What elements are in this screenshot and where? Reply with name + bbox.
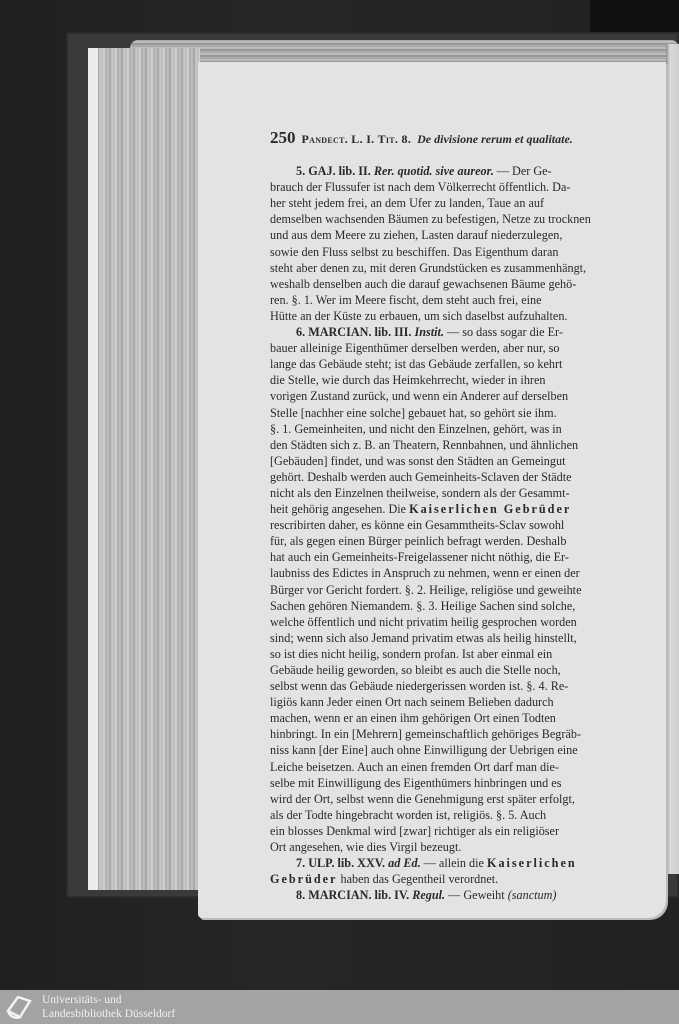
text-line: bauer alleinige Eigenthümer derselben we… [270,340,658,356]
text-line: selbe mit Einwilligung des Eigenthümers … [270,775,658,791]
text-line: den Städten sich z. B. an Theatern, Renn… [270,437,658,453]
text-segment: für, als gegen einen Bürger peinlich bef… [270,534,566,548]
text-segment: 5. GAJ. lib. II. [296,164,374,178]
text-segment: Leiche beisetzen. Auch an einen fremden … [270,760,559,774]
text-line: ren. §. 1. Wer im Meere fischt, dem steh… [270,292,658,308]
text-segment: hinbringt. In ein [Mehrern] gemeinschaft… [270,727,581,741]
text-line: 7. ULP. lib. XXV. ad Ed. — allein die Ka… [270,855,658,871]
text-line: ein blosses Denkmal wird [zwar] richtige… [270,823,658,839]
text-segment: (sanctum) [508,888,557,902]
text-segment: und aus dem Meere zu ziehen, Lasten dara… [270,228,562,242]
text-segment: Gebäude heilig geworden, so bleibt es au… [270,663,561,677]
library-name-line2: Landesbibliothek Düsseldorf [42,1007,175,1021]
library-footer: Universitäts- und Landesbibliothek Düsse… [0,990,679,1024]
text-line: 6. MARCIAN. lib. III. Instit. — so dass … [270,324,658,340]
text-line: Sachen gehören Niemandem. §. 3. Heilige … [270,598,658,614]
text-line: §. 1. Gemeinheiten, und nicht den Einzel… [270,421,658,437]
text-segment: haben das Gegentheil verordnet. [337,872,498,886]
text-line: steht aber denen zu, mit deren Grundstüc… [270,260,658,276]
text-line: Gebäude heilig geworden, so bleibt es au… [270,662,658,678]
page-number: 250 [270,130,296,146]
text-line: niss kann [der Eine] auch ohne Einwillig… [270,742,658,758]
text-segment: brauch der Flussufer ist nach dem Völker… [270,180,570,194]
text-line: nicht als den Einzelnen theilweise, sond… [270,485,658,501]
library-name-line1: Universitäts- und [42,993,175,1007]
text-segment: steht aber denen zu, mit deren Grundstüc… [270,261,586,275]
text-segment: Kaiserlichen Gebrüder [409,502,571,516]
text-line: für, als gegen einen Bürger peinlich bef… [270,533,658,549]
text-segment: Rer. quotid. sive aureor. [374,164,494,178]
text-line: demselben wachsenden Bäumen zu befestige… [270,211,658,227]
text-line: 8. MARCIAN. lib. IV. Regul. — Geweiht (s… [270,887,658,903]
text-segment: rescribirten daher, es könne ein Gesammt… [270,518,564,532]
text-segment: laubniss des Edictes in Anspruch zu nehm… [270,566,580,580]
text-segment: heit gehörig angesehen. Die [270,502,409,516]
text-segment: — Der Ge- [494,164,552,178]
text-segment: wird der Ort, selbst wenn die Genehmigun… [270,792,575,806]
text-segment: 8. MARCIAN. lib. IV. [296,888,412,902]
text-segment: ein blosses Denkmal wird [zwar] richtige… [270,824,559,838]
text-segment: nicht als den Einzelnen theilweise, sond… [270,486,570,500]
running-head: 250 Pandect. L. I. Tit. 8. De divisione … [270,130,658,147]
text-segment: gehört. Deshalb werden auch Gemeinheits-… [270,470,572,484]
text-segment: Sachen gehören Niemandem. §. 3. Heilige … [270,599,575,613]
text-segment: die Stelle, wie durch das Heimkehrrecht,… [270,373,545,387]
book-right-edge [666,44,679,874]
book-logo-icon [4,993,34,1021]
text-segment: — Geweiht [445,888,508,902]
text-line: selbst wenn das Gebäude niedergerissen w… [270,678,658,694]
text-line: vorigen Zustand zurück, und wenn ein And… [270,388,658,404]
text-line: 5. GAJ. lib. II. Rer. quotid. sive aureo… [270,163,658,179]
text-segment: selbst wenn das Gebäude niedergerissen w… [270,679,568,693]
text-line: gehört. Deshalb werden auch Gemeinheits-… [270,469,658,485]
text-line: lange das Gebäude steht; ist das Gebäude… [270,356,658,372]
running-head-title: De divisione rerum et qualitate. [417,131,573,147]
text-line: wird der Ort, selbst wenn die Genehmigun… [270,791,658,807]
text-segment: Kaiserlichen [487,856,577,870]
text-segment: bauer alleinige Eigenthümer derselben we… [270,341,560,355]
text-segment: Gebrüder [270,872,337,886]
text-line: Hütte an der Küste zu erbauen, um sich d… [270,308,658,324]
text-segment: Stelle [nachher eine solche] gebauet hat… [270,406,557,420]
text-segment: 6. MARCIAN. lib. III. [296,325,415,339]
text-line: sowie den Fluss selbst zu beschiffen. Da… [270,244,658,260]
text-segment: sind; wenn sich also Jemand privatim etw… [270,631,577,645]
text-line: laubniss des Edictes in Anspruch zu nehm… [270,565,658,581]
text-segment: so ist dies nicht heilig, sondern profan… [270,647,552,661]
text-line: weshalb denselben auch die darauf gewach… [270,276,658,292]
text-segment: Instit. [415,325,444,339]
text-segment: [Gebäuden] findet, und was sonst den Stä… [270,454,565,468]
text-segment: lange das Gebäude steht; ist das Gebäude… [270,357,562,371]
body-text: 5. GAJ. lib. II. Rer. quotid. sive aureo… [270,163,658,903]
book-top-edge [130,40,679,64]
text-line: [Gebäuden] findet, und was sonst den Stä… [270,453,658,469]
book-page-stack [88,48,200,890]
text-line: und aus dem Meere zu ziehen, Lasten dara… [270,227,658,243]
text-line: ligiös kann Jeder einen Ort nach seinem … [270,694,658,710]
text-line: hinbringt. In ein [Mehrern] gemeinschaft… [270,726,658,742]
text-line: Leiche beisetzen. Auch an einen fremden … [270,759,658,775]
text-segment: her steht jedem frei, an dem Ufer zu lan… [270,196,544,210]
text-line: die Stelle, wie durch das Heimkehrrecht,… [270,372,658,388]
text-segment: Hütte an der Küste zu erbauen, um sich d… [270,309,567,323]
text-line: welche öffentlich und nicht privatim hei… [270,614,658,630]
text-segment: hat auch ein Gemeinheits-Freigelassener … [270,550,569,564]
text-line: Ort angesehen, wie dies Virgil bezeugt. [270,839,658,855]
text-segment: — allein die [421,856,487,870]
text-segment: Bürger vor Gericht fordert. §. 2. Heilig… [270,583,581,597]
text-segment: ligiös kann Jeder einen Ort nach seinem … [270,695,554,709]
text-segment: ad Ed. [388,856,421,870]
text-segment: den Städten sich z. B. an Theatern, Renn… [270,438,578,452]
running-head-collection: Pandect. L. I. Tit. 8. [302,131,412,147]
text-line: als der Todte hingebracht worden ist, re… [270,807,658,823]
text-segment: ren. §. 1. Wer im Meere fischt, dem steh… [270,293,542,307]
text-line: hat auch ein Gemeinheits-Freigelassener … [270,549,658,565]
text-line: Stelle [nachher eine solche] gebauet hat… [270,405,658,421]
text-segment: als der Todte hingebracht worden ist, re… [270,808,546,822]
text-segment: §. 1. Gemeinheiten, und nicht den Einzel… [270,422,562,436]
text-line: so ist dies nicht heilig, sondern profan… [270,646,658,662]
page-text: 250 Pandect. L. I. Tit. 8. De divisione … [270,130,658,903]
text-segment: welche öffentlich und nicht privatim hei… [270,615,577,629]
text-segment: — so dass sogar die Er- [444,325,563,339]
text-line: her steht jedem frei, an dem Ufer zu lan… [270,195,658,211]
text-segment: demselben wachsenden Bäumen zu befestige… [270,212,591,226]
text-segment: selbe mit Einwilligung des Eigenthümers … [270,776,561,790]
text-line: machen, wenn er an einen ihm gehörigen O… [270,710,658,726]
text-segment: Ort angesehen, wie dies Virgil bezeugt. [270,840,461,854]
text-line: rescribirten daher, es könne ein Gesammt… [270,517,658,533]
text-segment: vorigen Zustand zurück, und wenn ein And… [270,389,568,403]
text-line: brauch der Flussufer ist nach dem Völker… [270,179,658,195]
text-segment: 7. ULP. lib. XXV. [296,856,388,870]
text-line: Bürger vor Gericht fordert. §. 2. Heilig… [270,582,658,598]
text-line: heit gehörig angesehen. Die Kaiserlichen… [270,501,658,517]
text-segment: weshalb denselben auch die darauf gewach… [270,277,576,291]
text-segment: sowie den Fluss selbst zu beschiffen. Da… [270,245,559,259]
text-line: Gebrüder haben das Gegentheil verordnet. [270,871,658,887]
library-name: Universitäts- und Landesbibliothek Düsse… [42,993,175,1021]
text-segment: niss kann [der Eine] auch ohne Einwillig… [270,743,578,757]
text-segment: machen, wenn er an einen ihm gehörigen O… [270,711,556,725]
text-line: sind; wenn sich also Jemand privatim etw… [270,630,658,646]
text-segment: Regul. [412,888,445,902]
